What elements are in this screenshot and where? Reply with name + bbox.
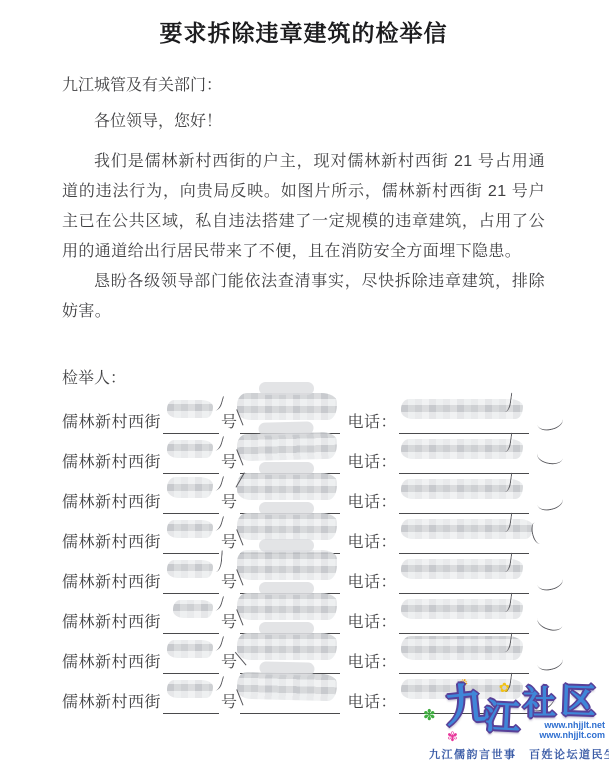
street-label: 儒林新村西街	[62, 452, 161, 474]
redacted-phone-blur	[401, 599, 523, 619]
paragraph-closing: 恳盼各级领导部门能依法查清事实，尽快拆除违章建筑，排除妨害。	[62, 267, 545, 327]
redacted-phone-blur	[401, 559, 523, 579]
number-suffix: 号	[221, 532, 238, 554]
street-label: 儒林新村西街	[62, 612, 161, 634]
redacted-phone-blur	[401, 479, 523, 499]
number-suffix: 号	[221, 612, 238, 634]
salutation: 九江城管及有关部门：	[62, 74, 545, 98]
site-url: www.nhjjlt.com	[539, 730, 605, 740]
signature-list: 儒林新村西街 号 电话： 儒林新村西街 号 电话： 儒林新村西街 号 电话： 儒…	[62, 399, 545, 719]
phone-label: 电话：	[348, 572, 398, 594]
house-number-blank	[163, 412, 219, 434]
number-suffix: 号	[221, 492, 238, 514]
phone-number-blank	[399, 492, 529, 514]
flower-icon: ✾	[447, 730, 458, 743]
house-number-blank	[163, 532, 219, 554]
phone-label: 电话：	[348, 612, 398, 634]
phone-label: 电话：	[348, 652, 398, 674]
redacted-number-blur	[173, 600, 213, 618]
number-suffix: 号	[221, 652, 238, 674]
redacted-name-blur	[237, 473, 337, 500]
redacted-number-blur	[167, 560, 213, 578]
phone-label: 电话：	[348, 532, 398, 554]
signer-name-blank	[240, 692, 340, 714]
redacted-name-blur	[236, 672, 337, 702]
street-label: 儒林新村西街	[62, 652, 161, 674]
house-number-blank	[163, 652, 219, 674]
number-suffix: 号	[221, 412, 238, 434]
street-label: 儒林新村西街	[62, 572, 161, 594]
redacted-number-blur	[167, 640, 213, 658]
redacted-phone-blur	[401, 399, 523, 419]
street-label: 儒林新村西街	[62, 412, 161, 434]
phone-label: 电话：	[348, 412, 398, 434]
redacted-number-blur	[167, 400, 213, 418]
house-number-blank	[163, 452, 219, 474]
redacted-number-blur	[167, 477, 213, 498]
phone-number-blank	[399, 532, 529, 554]
redacted-name-blur	[237, 513, 337, 540]
house-number-blank	[163, 492, 219, 514]
redacted-phone-blur	[401, 519, 533, 539]
site-url: www.nhjjlt.net	[539, 720, 605, 730]
house-number-blank	[163, 572, 219, 594]
redacted-phone-blur	[401, 679, 523, 699]
redacted-phone-blur	[401, 636, 523, 660]
house-number-blank	[163, 612, 219, 634]
number-suffix: 号	[221, 572, 238, 594]
greeting: 各位领导，您好！	[62, 110, 545, 134]
redacted-name-blur	[237, 550, 337, 580]
phone-number-blank	[399, 452, 529, 474]
redacted-name-blur	[236, 432, 337, 462]
phone-label: 电话：	[348, 692, 398, 714]
number-suffix: 号	[221, 692, 238, 714]
site-logo-char: 区	[560, 683, 596, 719]
street-label: 儒林新村西街	[62, 532, 161, 554]
redacted-name-blur	[237, 393, 337, 420]
redacted-name-blur	[237, 593, 337, 620]
redacted-phone-blur	[401, 439, 523, 459]
phone-number-blank	[399, 692, 529, 714]
house-number-blank	[163, 692, 219, 714]
redacted-number-blur	[167, 680, 213, 698]
phone-number-blank	[399, 572, 529, 594]
phone-number-blank	[399, 612, 529, 634]
redacted-name-blur	[237, 633, 337, 660]
redacted-number-blur	[167, 440, 213, 458]
complaint-letter-page: 要求拆除违章建筑的检举信 九江城管及有关部门： 各位领导，您好！ 我们是儒林新村…	[0, 0, 609, 768]
phone-number-blank	[399, 412, 529, 434]
phone-number-blank	[399, 652, 529, 674]
signature-row: 儒林新村西街 号 电话：	[62, 679, 545, 719]
street-label: 儒林新村西街	[62, 492, 161, 514]
phone-label: 电话：	[348, 452, 398, 474]
letter-title: 要求拆除违章建筑的检举信	[62, 18, 545, 48]
street-label: 儒林新村西街	[62, 692, 161, 714]
redacted-number-blur	[167, 520, 213, 538]
phone-label: 电话：	[348, 492, 398, 514]
paragraph-body: 我们是儒林新村西街的户主，现对儒林新村西街 21 号占用通道的违法行为，向贵局反…	[62, 147, 545, 267]
site-tagline: 九江儒韵言世事 百姓论坛道民生	[429, 746, 609, 762]
site-urls: www.nhjjlt.net www.nhjjlt.com	[539, 720, 605, 740]
number-suffix: 号	[221, 452, 238, 474]
